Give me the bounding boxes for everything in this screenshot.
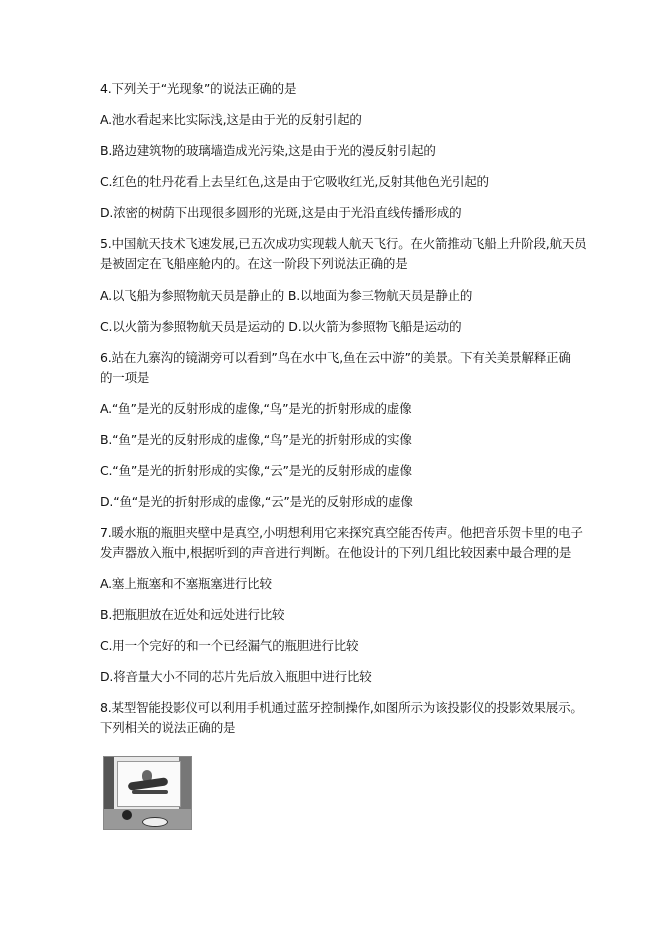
projector-device [122,810,132,820]
question-5-stem-line1: 5.中国航天技术飞速发展,已五次成功实现载人航天飞行。在火箭推动飞船上升阶段,航… [100,236,586,252]
question-6-option-a: A.“鱼”是光的反射形成的虚像,“鸟”是光的折射形成的虚像 [100,401,411,417]
photo-table [142,817,168,827]
question-8-stem-line2: 下列相关的说法正确的是 [100,720,235,736]
question-4-option-b: B.路边建筑物的玻璃墙造成光污染,这是由于光的漫反射引起的 [100,143,436,159]
question-7-option-d: D.将音量大小不同的芯片先后放入瓶胆中进行比较 [100,669,372,685]
question-5-stem-line2: 是被固定在飞船座舱内的。在这一阶段下列说法正确的是 [100,256,408,272]
question-6-stem-line1: 6.站在九寨沟的镜湖旁可以看到”鸟在水中飞,鱼在云中游”的美景。下有关美景解释正… [100,350,571,366]
question-7-stem-line1: 7.暖水瓶的瓶胆夹壁中是真空,小明想利用它来探究真空能否传声。他把音乐贺卡里的电… [100,525,583,541]
painting-wave [128,777,169,790]
question-4-option-d: D.浓密的树荫下出现很多圆形的光斑,这是由于光沿直线传播形成的 [100,205,461,221]
question-5-options-cd: C.以火箭为参照物航天员是运动的 D.以火箭为参照物飞船是运动的 [100,319,461,335]
question-5-options-ab: A.以飞船为参照物航天员是静止的 B.以地面为参三物航天员是静止的 [100,288,472,304]
question-6-option-c: C.“鱼”是光的折射形成的实像,“云”是光的反射形成的虚像 [100,463,412,479]
painting-wave-lower [132,790,168,794]
question-7-stem-line2: 发声器放入瓶中,根据听到的声音进行判断。在他设计的下列几组比较因素中最合理的是 [100,545,571,561]
question-7-option-c: C.用一个完好的和一个已经漏气的瓶胆进行比较 [100,638,358,654]
question-7-option-b: B.把瓶胆放在近处和远处进行比较 [100,607,284,623]
question-4-option-c: C.红色的牡丹花看上去呈红色,这是由于它吸收红光,反射其他色光引起的 [100,174,489,190]
question-8-stem-line1: 8.某型智能投影仪可以利用手机通过蓝牙控制操作,如图所示为该投影仪的投影效果展示… [100,700,583,716]
question-4-option-a: A.池水看起来比实际浅,这是由于光的反射引起的 [100,112,362,128]
question-7-option-a: A.塞上瓶塞和不塞瓶塞进行比较 [100,576,272,592]
question-6-option-d: D.“鱼“是光的折射形成的虚像,“云”是光的反射形成的虚像 [100,494,413,510]
projection-screen [117,761,181,807]
question-6-option-b: B.“鱼”是光的反射形成的虚像,“鸟”是光的折射形成的实像 [100,432,412,448]
question-4-stem: 4.下列关于“光现象”的说法正确的是 [100,81,296,97]
projector-display-photo [103,756,192,830]
question-6-stem-line2: 的一项是 [100,370,149,386]
